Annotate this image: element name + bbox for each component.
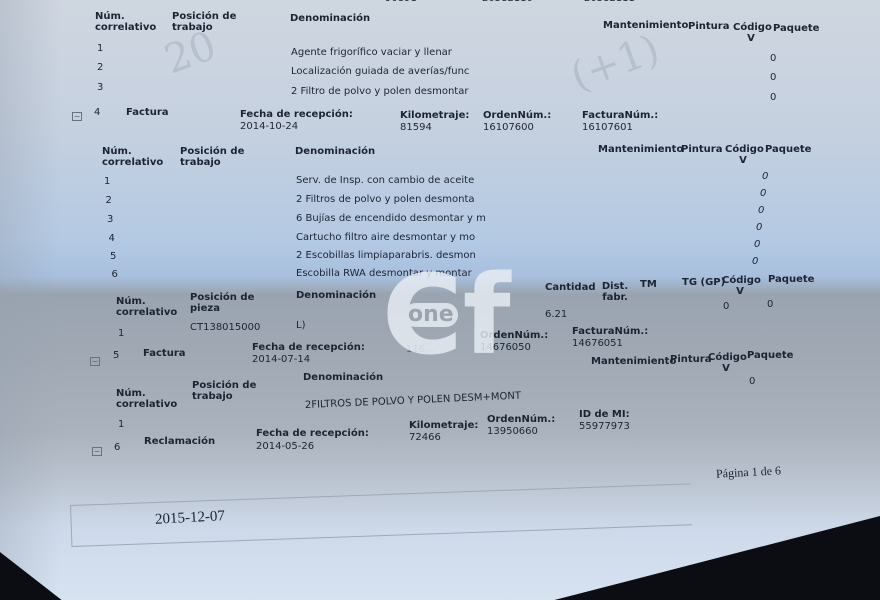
row-num: 1 [118, 419, 124, 431]
col-header-position: Posición de trabajo [180, 146, 260, 168]
col-header-denomination: Denominación [290, 13, 370, 24]
handwritten-mark: (+1) [565, 26, 665, 100]
row-denomination: Localización guiada de averías/func [291, 66, 469, 78]
fecha-label: Fecha de recepción: [252, 342, 365, 354]
fecha-value: 2014-10-24 [240, 121, 298, 133]
print-date: 2015-12-07 [155, 510, 226, 526]
col-header-maintenance: Mantenimiento [598, 144, 683, 155]
idmi-label: ID de MI: [579, 409, 630, 421]
col-header-denomination: Denominación [303, 372, 383, 383]
factura-value: 14676051 [572, 338, 623, 350]
fecha-label: Fecha de recepción: [256, 428, 369, 440]
col-header-maintenance: Mantenimiento [603, 20, 688, 31]
page-shadow [0, 0, 60, 600]
col-header-quantity: Cantidad [545, 282, 595, 293]
row-package: 0 [770, 53, 776, 65]
page-indicator: Página 1 de 6 [716, 464, 782, 479]
orden-value: 16107600 [483, 122, 534, 134]
part-code: 0 [723, 301, 729, 313]
row-denomination: 2 Filtros de polvo y polen desmonta [296, 194, 475, 206]
km-value: 72466 [409, 432, 441, 444]
row-package: 0 [752, 256, 758, 268]
col-header-dist: Dist. fabr. [595, 281, 635, 303]
orden-label: OrdenNúm.: [483, 110, 551, 122]
part-package: 0 [767, 299, 773, 311]
part-num: 1 [118, 328, 124, 340]
col-header-num: Núm. correlativo [116, 296, 186, 318]
watermark-logo-sub: one [404, 303, 458, 327]
row-package: 0 [762, 171, 768, 183]
row-num: 2 [97, 62, 103, 74]
row-denomination: Serv. de Insp. con cambio de aceite [296, 175, 474, 187]
col-header-code: Código V [733, 22, 769, 44]
previous-value: 90891 [385, 0, 417, 5]
row-num: 3 [107, 214, 113, 226]
col-header-tm: TM [640, 279, 657, 290]
km-label: Kilometraje: [409, 420, 478, 432]
row-denomination: 2 Filtro de polvo y polen desmontar [291, 86, 468, 98]
row-num: 2 [106, 195, 112, 207]
row-package: 0 [749, 376, 755, 388]
collapse-entry-4-button[interactable]: − [72, 112, 82, 121]
entry-type: Factura [143, 348, 186, 360]
col-header-package: Paquete [768, 274, 814, 285]
document-page: 20 (+1) 90891 20582110 20582111 Núm. cor… [0, 0, 880, 600]
col-header-code: Código V [708, 352, 744, 374]
row-package: 0 [756, 222, 762, 234]
entry-index: 5 [113, 350, 119, 362]
row-denomination: Cartucho filtro aire desmontar y mo [296, 232, 475, 244]
col-header-package: Paquete [765, 144, 811, 155]
col-header-paint: Pintura [681, 144, 722, 155]
col-header-maintenance: Mantenimiento [591, 356, 676, 367]
km-label: Kilometraje: [400, 110, 469, 122]
col-header-package: Paquete [747, 350, 793, 361]
col-header-package: Paquete [773, 23, 819, 34]
previous-orden-num: 20582110 [482, 0, 533, 5]
row-package: 0 [754, 239, 760, 251]
watermark-logo: Cf one [382, 245, 492, 355]
col-header-num: Núm. correlativo [116, 388, 186, 410]
col-header-code: Código V [725, 144, 761, 166]
col-header-part-position: Posición de pieza [190, 292, 270, 314]
row-num: 6 [112, 269, 118, 281]
col-header-denomination: Denominación [295, 146, 375, 157]
col-header-denomination: Denominación [296, 290, 376, 301]
col-header-tg: TG (GP) [682, 277, 725, 288]
row-denomination: 2FILTROS DE POLVO Y POLEN DESM+MONT [305, 391, 522, 412]
col-header-paint: Pintura [670, 354, 711, 365]
row-num: 1 [104, 176, 110, 188]
factura-label: FacturaNúm.: [572, 326, 648, 338]
entry-index: 6 [114, 442, 120, 454]
col-header-paint: Pintura [688, 21, 729, 32]
col-header-code: Código V [722, 275, 758, 297]
row-num: 5 [110, 251, 116, 263]
fecha-label: Fecha de recepción: [240, 109, 353, 121]
col-header-num: Núm. correlativo [102, 146, 172, 168]
collapse-entry-6-button[interactable]: − [92, 447, 102, 456]
idmi-value: 55977973 [579, 421, 630, 433]
part-position: CT138015000 [190, 322, 260, 334]
col-header-num: Núm. correlativo [95, 11, 165, 33]
orden-value: 13950660 [487, 426, 538, 438]
factura-label: FacturaNúm.: [582, 110, 658, 122]
entry-index: 4 [94, 107, 100, 119]
fecha-value: 2014-05-26 [256, 441, 314, 453]
col-header-position: Posición de trabajo [172, 11, 252, 33]
row-package: 0 [760, 188, 766, 200]
col-header-position: Posición de trabajo [192, 380, 272, 402]
part-quantity: 6.21 [545, 309, 567, 321]
row-package: 0 [770, 72, 776, 84]
row-package: 0 [770, 92, 776, 104]
row-num: 3 [97, 82, 103, 94]
orden-label: OrdenNúm.: [487, 414, 555, 426]
collapse-entry-5-button[interactable]: − [90, 357, 100, 366]
row-num: 4 [109, 233, 115, 245]
km-value: 81594 [400, 122, 432, 134]
row-num: 1 [97, 43, 103, 55]
part-denomination: L) [296, 320, 305, 332]
row-package: 0 [758, 205, 764, 217]
factura-value: 16107601 [582, 122, 633, 134]
row-denomination: Agente frigorífico vaciar y llenar [291, 47, 452, 59]
entry-type: Reclamación [144, 436, 215, 448]
entry-type: Factura [126, 107, 169, 119]
fecha-value: 2014-07-14 [252, 354, 310, 366]
row-denomination: 6 Bujías de encendido desmontar y m [296, 213, 486, 225]
previous-factura-num: 20582111 [584, 0, 635, 5]
